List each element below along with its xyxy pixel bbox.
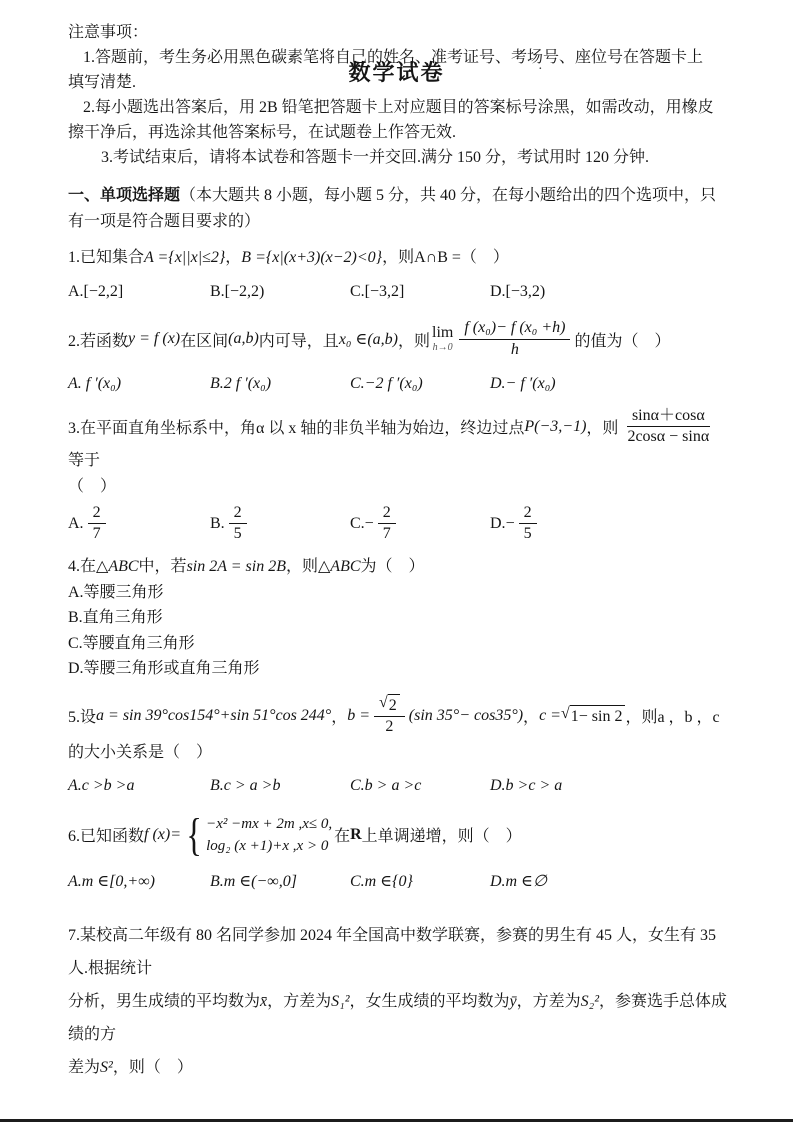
q3-option-d-label: D. bbox=[490, 515, 506, 533]
q5-sep-2: ， bbox=[523, 704, 539, 727]
q5-expr-b: (sin 35°− cos35°) bbox=[409, 707, 523, 725]
q6-text-2: 在 bbox=[334, 823, 350, 846]
q2-option-d: D.− f ′(x₀) bbox=[490, 371, 739, 397]
q2-option-c: C.−2 f ′(x₀) bbox=[350, 371, 490, 397]
q2-text-1: 2.若函数 bbox=[68, 328, 128, 351]
q5-c-equals: c = bbox=[539, 707, 561, 725]
q2-x0-in: x₀ ∈(a,b) bbox=[339, 329, 398, 349]
notice-item-2-line-2: 擦干净后，再选涂其他答案标号，在试题卷上作答无效. bbox=[68, 120, 739, 145]
exam-paper-page: 数学试卷 · 注意事项： 1.答题前，考生务必用黑色碳素笔将自己的姓名、准考证号… bbox=[0, 0, 793, 1122]
q2-fraction: f (x₀)− f (x₀ +h) h bbox=[459, 319, 570, 359]
q3-option-a-den: 7 bbox=[88, 524, 106, 543]
q7-text-7: ，则（ ） bbox=[113, 1059, 193, 1076]
q4-option-a: A.等腰三角形 bbox=[68, 580, 739, 606]
q3-option-c: C.− 27 bbox=[350, 504, 490, 544]
notice-item-1-line-1: 1.答题前，考生务必用黑色碳素笔将自己的姓名、准考证号、考场号、座位号在答题卡上 bbox=[68, 45, 739, 70]
q6-option-d: D.m ∈∅ bbox=[490, 869, 739, 895]
q7-line-2: 分析，男生成绩的平均数为x̄，方差为S₁²，女生成绩的平均数为ȳ，方差为S₂²，… bbox=[68, 985, 739, 1051]
question-2-options: A. f ′(x₀) B.2 f ′(x₀) C.−2 f ′(x₀) D.− … bbox=[68, 371, 739, 397]
q5-c-sqrt: √1− sin 2 bbox=[561, 705, 625, 726]
question-2-stem: 2.若函数y = f (x)在区间(a,b)内可导，且x₀ ∈(a,b)，则 l… bbox=[68, 315, 739, 363]
q7-text-1: 分析，男生成绩的平均数为 bbox=[68, 993, 260, 1010]
q4-triangle-1: △ABC bbox=[96, 558, 139, 575]
q3-option-b: B. 25 bbox=[210, 504, 350, 544]
q5-text-2: ，则a ，b ，c bbox=[625, 704, 719, 727]
q3-option-a-num: 2 bbox=[88, 504, 106, 524]
q3-option-a-label: A. bbox=[68, 515, 84, 533]
q5-b-frac-num: √2 bbox=[374, 694, 405, 717]
q4-option-b: B.直角三角形 bbox=[68, 605, 739, 631]
question-1-stem: 1.已知集合A ={x||x|≤2}，B ={x|(x+3)(x−2)<0}，则… bbox=[68, 245, 739, 271]
q1-set-b: B ={x|(x+3)(x−2)<0} bbox=[241, 249, 382, 266]
q6-option-c: C.m ∈{0} bbox=[350, 869, 490, 895]
q6-option-b: B.m ∈(−∞,0] bbox=[210, 869, 350, 895]
question-2: 2.若函数y = f (x)在区间(a,b)内可导，且x₀ ∈(a,b)，则 l… bbox=[68, 315, 739, 397]
q3-option-a-fraction: 27 bbox=[88, 504, 106, 544]
q2-text-4: ，则 bbox=[398, 328, 430, 351]
q3-option-d-num: 2 bbox=[519, 504, 537, 524]
q4-option-c: C.等腰直角三角形 bbox=[68, 631, 739, 657]
q3-point: P(−3,−1) bbox=[524, 418, 586, 436]
q5-sqrt2-radicand: 2 bbox=[388, 694, 400, 715]
q1-set-a: A ={x||x|≤2} bbox=[144, 249, 225, 266]
q4-text-3: ，则 bbox=[286, 558, 318, 575]
question-5: 5.设a = sin 39°cos154°+sin 51°cos 244°，b … bbox=[68, 692, 739, 799]
q5-sqrt2: √2 bbox=[379, 694, 400, 715]
q1-option-d: D.[−3,2) bbox=[490, 279, 739, 305]
page-content: 注意事项： 1.答题前，考生务必用黑色碳素笔将自己的姓名、准考证号、考场号、座位… bbox=[68, 0, 739, 1084]
q6-text-1: 6.已知函数 bbox=[68, 823, 144, 846]
question-4-options: A.等腰三角形 B.直角三角形 C.等腰直角三角形 D.等腰三角形或直角三角形 bbox=[68, 580, 739, 682]
q3-option-a: A. 27 bbox=[68, 504, 210, 544]
q5-option-c: C.b > a >c bbox=[350, 773, 490, 799]
q4-equation: sin 2A = sin 2B bbox=[187, 558, 286, 575]
q2-text-2: 在区间 bbox=[180, 328, 228, 351]
q3-option-c-fraction: 27 bbox=[378, 504, 396, 544]
q3-fraction: sinα＋cosα 2cosα − sinα bbox=[622, 407, 714, 447]
q6-piecewise-row-2: log₂ (x +1)+x ,x > 0 bbox=[206, 835, 328, 857]
q5-option-d: D.b >c > a bbox=[490, 773, 739, 799]
question-1: 1.已知集合A ={x||x|≤2}，B ={x|(x+3)(x−2)<0}，则… bbox=[68, 245, 739, 305]
q5-c-radicand: 1− sin 2 bbox=[570, 705, 626, 726]
q3-text-1: 3.在平面直角坐标系中，角α 以 x 轴的非负半轴为始边，终边过点 bbox=[68, 415, 524, 438]
question-6: 6.已知函数f (x)= { −x² −mx + 2m ,x≤ 0, log₂ … bbox=[68, 809, 739, 895]
q3-option-b-num: 2 bbox=[229, 504, 247, 524]
q1-sep: ， bbox=[225, 249, 241, 266]
q7-text-2: ，方差为 bbox=[267, 993, 331, 1010]
q7-line-1: 7.某校高二年级有 80 名同学参加 2024 年全国高中数学联赛，参赛的男生有… bbox=[68, 919, 739, 985]
q1-option-a: A.[−2,2] bbox=[68, 279, 210, 305]
notice-item-3: 3.考试结束后，请将本试卷和答题卡一并交回.满分 150 分，考试用时 120 … bbox=[68, 145, 739, 170]
question-5-stem: 5.设a = sin 39°cos154°+sin 51°cos 244°，b … bbox=[68, 692, 739, 740]
q2-text-3: 内可导，且 bbox=[259, 328, 339, 351]
section-heading-desc-2: 有一项是符合题目要求的） bbox=[68, 209, 739, 235]
q6-question: 上单调递增，则（ ） bbox=[362, 823, 522, 846]
q3-frac-denominator: 2cosα − sinα bbox=[622, 427, 714, 446]
q3-option-d-den: 5 bbox=[519, 524, 537, 543]
notice-item-2-line-1: 2.每小题选出答案后，用 2B 铅笔把答题卡上对应题目的答案标号涂黑，如需改动，… bbox=[68, 95, 739, 120]
q5-b-fraction: √2 2 bbox=[374, 694, 405, 737]
q2-lim-word: lim bbox=[432, 325, 453, 341]
question-6-stem: 6.已知函数f (x)= { −x² −mx + 2m ,x≤ 0, log₂ … bbox=[68, 809, 739, 861]
section-heading: 一、单项选择题（本大题共 8 小题，每小题 5 分，共 40 分，在每小题给出的… bbox=[68, 183, 739, 235]
notice-block: 注意事项： 1.答题前，考生务必用黑色碳素笔将自己的姓名、准考证号、考场号、座位… bbox=[68, 20, 739, 170]
q6-option-a: A.m ∈[0,+∞) bbox=[68, 869, 210, 895]
q1-question: ，则A∩B =（ ） bbox=[382, 249, 509, 266]
q3-option-c-sign: − bbox=[365, 515, 374, 533]
q5-option-a: A.c >b >a bbox=[68, 773, 210, 799]
question-5-options: A.c >b >a B.c > a >b C.b > a >c D.b >c >… bbox=[68, 773, 739, 799]
q6-piecewise-rows: −x² −mx + 2m ,x≤ 0, log₂ (x +1)+x ,x > 0 bbox=[206, 813, 332, 857]
q5-sep-1: ， bbox=[331, 704, 347, 727]
question-3-stem: 3.在平面直角坐标系中，角α 以 x 轴的非负半轴为始边，终边过点P(−3,−1… bbox=[68, 407, 739, 470]
q5-stem-line-2: 的大小关系是（ ） bbox=[68, 740, 739, 765]
q3-text-2: ，则 bbox=[586, 415, 618, 438]
q3-option-c-label: C. bbox=[350, 515, 365, 533]
q1-option-c: C.[−3,2] bbox=[350, 279, 490, 305]
q3-option-b-den: 5 bbox=[229, 524, 247, 543]
radical-sign: √ bbox=[379, 694, 388, 712]
q4-text-1: 4.在 bbox=[68, 558, 96, 575]
q1-option-b: B.[−2,2) bbox=[210, 279, 350, 305]
q2-limit: lim h→0 bbox=[432, 325, 453, 353]
q3-option-d: D.− 25 bbox=[490, 504, 739, 544]
q7-s1-squared: S₁² bbox=[331, 993, 349, 1010]
q3-option-c-den: 7 bbox=[378, 524, 396, 543]
q7-text-6: 差为 bbox=[68, 1059, 100, 1076]
q7-ybar: ȳ bbox=[510, 993, 517, 1010]
piecewise-brace: { bbox=[186, 809, 201, 861]
q7-text-4: ，方差为 bbox=[517, 993, 581, 1010]
q3-option-b-fraction: 25 bbox=[229, 504, 247, 544]
q2-frac-denominator: h bbox=[506, 340, 524, 359]
section-heading-desc-1: （本大题共 8 小题，每小题 5 分，共 40 分，在每小题给出的四个选项中，只 bbox=[180, 187, 716, 204]
q6-piecewise-row-1: −x² −mx + 2m ,x≤ 0, bbox=[206, 813, 332, 835]
q7-s2-squared: S₂² bbox=[581, 993, 599, 1010]
q5-expr-a: a = sin 39°cos154°+sin 51°cos 244° bbox=[96, 707, 331, 725]
q3-option-d-fraction: 25 bbox=[519, 504, 537, 544]
q6-fx-equals: f (x)= bbox=[144, 826, 181, 844]
q1-text: 1.已知集合 bbox=[68, 249, 144, 266]
q2-func: y = f (x) bbox=[128, 330, 180, 348]
q3-option-d-sign: − bbox=[506, 515, 515, 533]
q2-question: 的值为（ ） bbox=[574, 328, 670, 351]
q3-option-b-label: B. bbox=[210, 515, 225, 533]
q2-lim-subscript: h→0 bbox=[433, 343, 453, 353]
q2-frac-numerator: f (x₀)− f (x₀ +h) bbox=[459, 319, 570, 339]
q3-frac-numerator: sinα＋cosα bbox=[627, 407, 710, 427]
q3-question: 等于 bbox=[68, 447, 100, 470]
q4-question: 为（ ） bbox=[361, 558, 425, 575]
q2-option-a: A. f ′(x₀) bbox=[68, 371, 210, 397]
question-3-options: A. 27 B. 25 C.− 27 D.− 25 bbox=[68, 504, 739, 544]
q2-option-b: B.2 f ′(x₀) bbox=[210, 371, 350, 397]
q7-text-3: ，女生成绩的平均数为 bbox=[350, 993, 510, 1010]
question-1-options: A.[−2,2] B.[−2,2) C.[−3,2] D.[−3,2) bbox=[68, 279, 739, 305]
notice-item-1-line-2: 填写清楚. bbox=[68, 70, 739, 95]
q5-b-equals: b = bbox=[347, 707, 370, 725]
q4-text-2: 中，若 bbox=[139, 558, 187, 575]
q7-s-squared: S² bbox=[100, 1059, 113, 1076]
q7-line-3: 差为S²，则（ ） bbox=[68, 1051, 739, 1084]
question-3: 3.在平面直角坐标系中，角α 以 x 轴的非负半轴为始边，终边过点P(−3,−1… bbox=[68, 407, 739, 544]
q4-option-d: D.等腰三角形或直角三角形 bbox=[68, 656, 739, 682]
question-6-options: A.m ∈[0,+∞) B.m ∈(−∞,0] C.m ∈{0} D.m ∈∅ bbox=[68, 869, 739, 895]
question-7: 7.某校高二年级有 80 名同学参加 2024 年全国高中数学联赛，参赛的男生有… bbox=[68, 919, 739, 1084]
q3-bracket-line: （ ） bbox=[68, 474, 739, 500]
q5-option-b: B.c > a >b bbox=[210, 773, 350, 799]
q5-b-frac-den: 2 bbox=[380, 717, 398, 736]
q6-real-set: R bbox=[350, 826, 362, 844]
q3-option-c-num: 2 bbox=[378, 504, 396, 524]
question-4-stem: 4.在△ABC中，若sin 2A = sin 2B，则△ABC为（ ） bbox=[68, 554, 739, 580]
q2-interval: (a,b) bbox=[228, 330, 259, 348]
q4-triangle-2: △ABC bbox=[318, 558, 361, 575]
question-4: 4.在△ABC中，若sin 2A = sin 2B，则△ABC为（ ） A.等腰… bbox=[68, 554, 739, 682]
q5-text-1: 5.设 bbox=[68, 704, 96, 727]
q6-piecewise: { −x² −mx + 2m ,x≤ 0, log₂ (x +1)+x ,x >… bbox=[183, 809, 332, 861]
section-heading-title: 一、单项选择题 bbox=[68, 187, 180, 204]
radical-sign: √ bbox=[561, 705, 570, 723]
notice-heading: 注意事项： bbox=[68, 20, 739, 45]
